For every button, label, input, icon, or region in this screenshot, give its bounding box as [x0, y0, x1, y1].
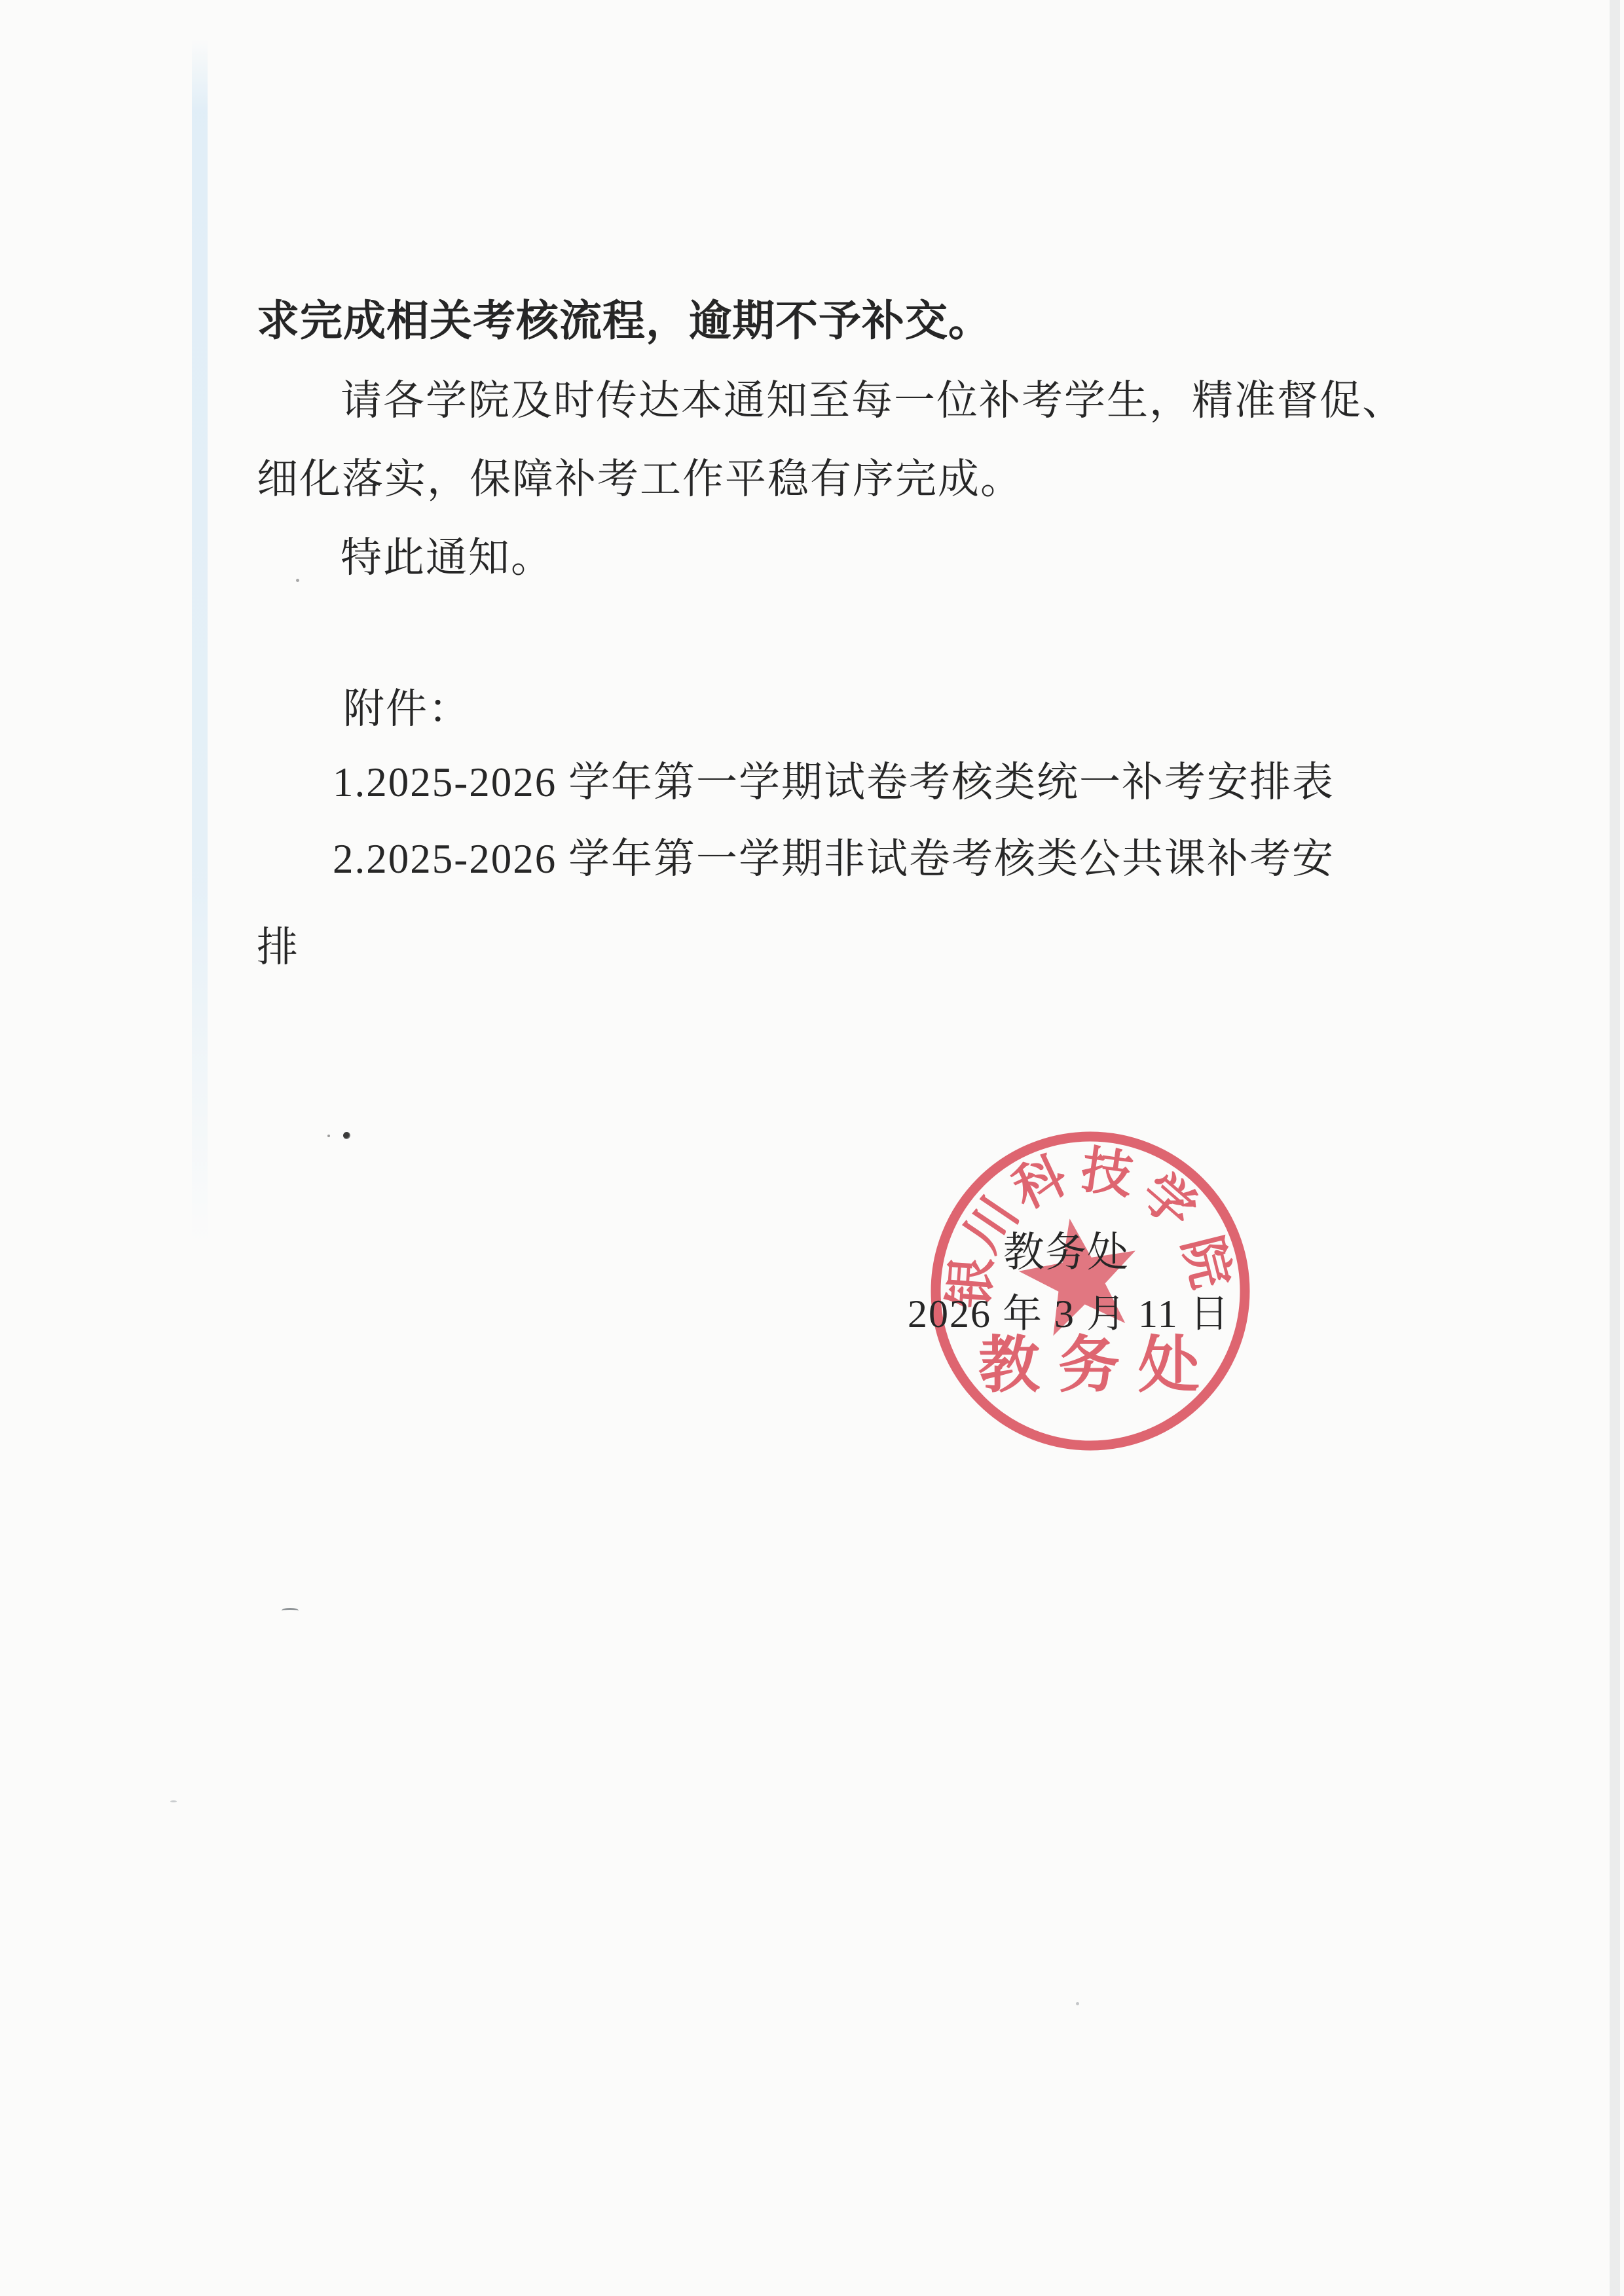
attachment-item-2-line-1: 2.2025-2026 学年第一学期非试卷考核类公共课补考安	[333, 839, 1335, 880]
scan-artifact-left-strip	[192, 39, 208, 1244]
scan-speck	[296, 579, 299, 582]
signature-date: 2026 年 3 月 11 日	[908, 1294, 1230, 1334]
scan-speck	[170, 1800, 177, 1802]
scanned-notice-page: 求完成相关考核流程，逾期不予补交。 请各学院及时传达本通知至每一位补考学生，精准…	[0, 0, 1624, 2296]
seal-bottom-text: 教务处	[978, 1332, 1218, 1400]
scan-speck	[282, 1608, 299, 1613]
scan-speck	[1076, 2002, 1079, 2005]
seal-arc-char-yuan: 院	[1172, 1230, 1240, 1294]
official-seal: 银 川 科 技 学 院 教务处	[927, 1127, 1254, 1455]
closing-line: 特此通知。	[341, 538, 553, 579]
signature-department: 教务处	[1003, 1232, 1129, 1273]
scan-speck	[327, 1135, 330, 1137]
paragraph-line-2: 细化落实，保障补考工作平稳有序完成。	[257, 459, 1023, 500]
body-line-continuation-bold: 求完成相关考核流程，逾期不予补交。	[257, 301, 991, 343]
seal-arc-char-ji: 技	[1078, 1141, 1136, 1205]
scan-speck	[343, 1132, 350, 1139]
paragraph-line-1: 请各学院及时传达本通知至每一位补考学生，精准督促、	[341, 380, 1405, 422]
attachment-item-2-line-2: 排	[257, 927, 299, 968]
scan-artifact-right-edge	[1610, 0, 1620, 2296]
attachments-label: 附件：	[343, 689, 471, 730]
attachment-item-1: 1.2025-2026 学年第一学期试卷考核类统一补考安排表	[333, 762, 1335, 803]
